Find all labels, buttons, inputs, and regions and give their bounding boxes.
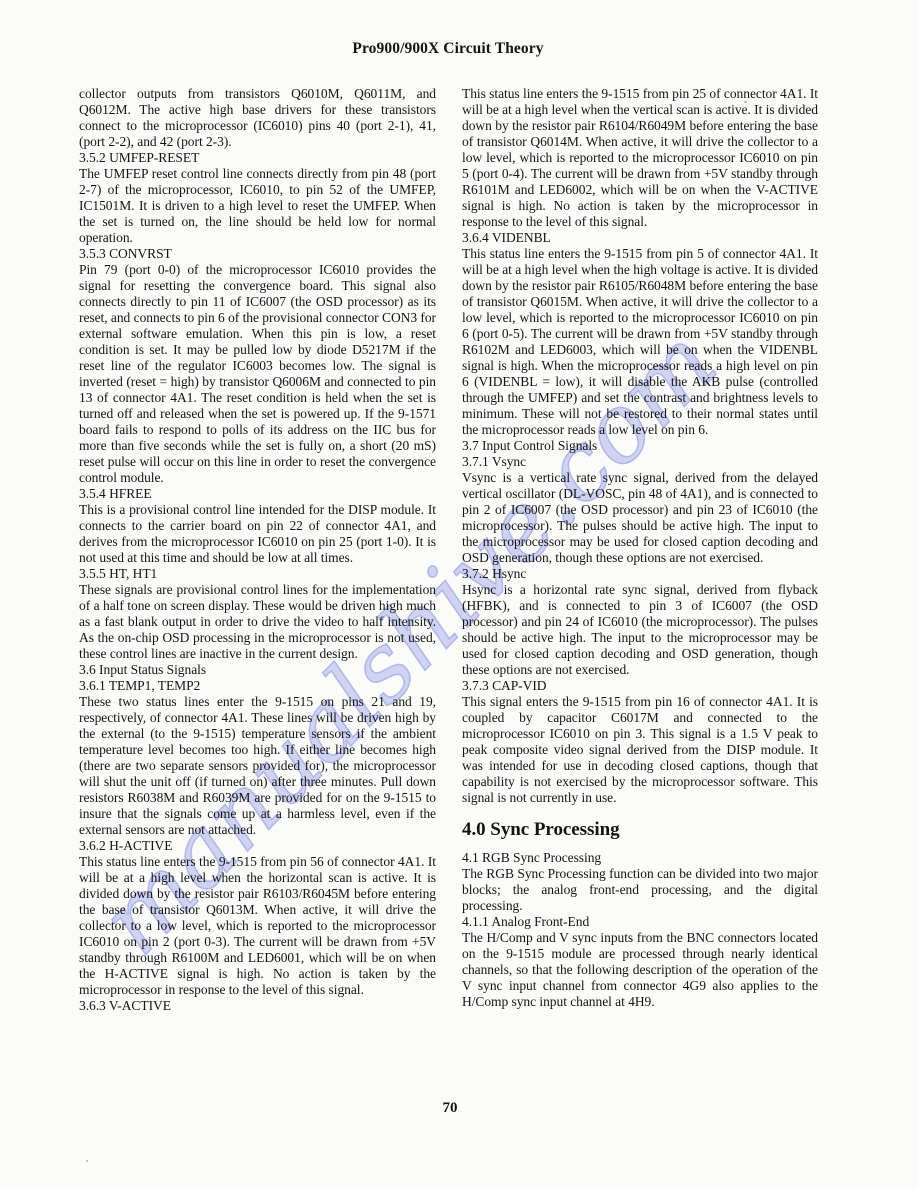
section-heading: 3.5.4 HFREE: [79, 486, 436, 502]
paragraph: This status line enters the 9-1515 from …: [462, 246, 818, 438]
paragraph: Hsync is a horizontal rate sync signal, …: [462, 582, 818, 678]
right-column: This status line enters the 9-1515 from …: [462, 86, 818, 1010]
section-heading: 3.5.5 HT, HT1: [79, 566, 436, 582]
page-title: Pro900/900X Circuit Theory: [0, 40, 896, 58]
section-heading: 3.6.3 V-ACTIVE: [79, 998, 436, 1014]
paragraph: This status line enters the 9-1515 from …: [79, 854, 436, 998]
paragraph: The H/Comp and V sync inputs from the BN…: [462, 930, 818, 1010]
section-heading: 3.7.1 Vsync: [462, 454, 818, 470]
scanned-document-page: manualshive.com Pro900/900X Circuit Theo…: [0, 0, 918, 1188]
section-heading: 3.6 Input Status Signals: [79, 662, 436, 678]
section-heading: 4.1 RGB Sync Processing: [462, 850, 818, 866]
scan-speck: [744, 101, 747, 103]
section-heading: 3.6.4 VIDENBL: [462, 230, 818, 246]
section-heading: 3.5.3 CONVRST: [79, 246, 436, 262]
paragraph: collector outputs from transistors Q6010…: [79, 86, 436, 150]
section-heading: 4.1.1 Analog Front-End: [462, 914, 818, 930]
paragraph: These signals are provisional control li…: [79, 582, 436, 662]
paragraph: These two status lines enter the 9-1515 …: [79, 694, 436, 838]
section-heading: 3.7 Input Control Signals: [462, 438, 818, 454]
section-heading: 3.7.2 Hsync: [462, 566, 818, 582]
scan-speck: [491, 116, 493, 118]
scan-speck: [86, 1160, 88, 1162]
paragraph: Vsync is a vertical rate sync signal, de…: [462, 470, 818, 566]
chapter-heading: 4.0 Sync Processing: [462, 819, 818, 841]
two-column-layout: collector outputs from transistors Q6010…: [79, 86, 818, 1014]
left-column: collector outputs from transistors Q6010…: [79, 86, 436, 1014]
paragraph: This status line enters the 9-1515 from …: [462, 86, 818, 230]
paragraph: This is a provisional control line inten…: [79, 502, 436, 566]
section-heading: 3.6.2 H-ACTIVE: [79, 838, 436, 854]
paragraph: This signal enters the 9-1515 from pin 1…: [462, 694, 818, 806]
paragraph: The UMFEP reset control line connects di…: [79, 166, 436, 246]
page-number: 70: [426, 1100, 474, 1117]
section-heading: 3.5.2 UMFEP-RESET: [79, 150, 436, 166]
paragraph: The RGB Sync Processing function can be …: [462, 866, 818, 914]
section-heading: 3.7.3 CAP-VID: [462, 678, 818, 694]
section-heading: 3.6.1 TEMP1, TEMP2: [79, 678, 436, 694]
paragraph: Pin 79 (port 0-0) of the microprocessor …: [79, 262, 436, 486]
